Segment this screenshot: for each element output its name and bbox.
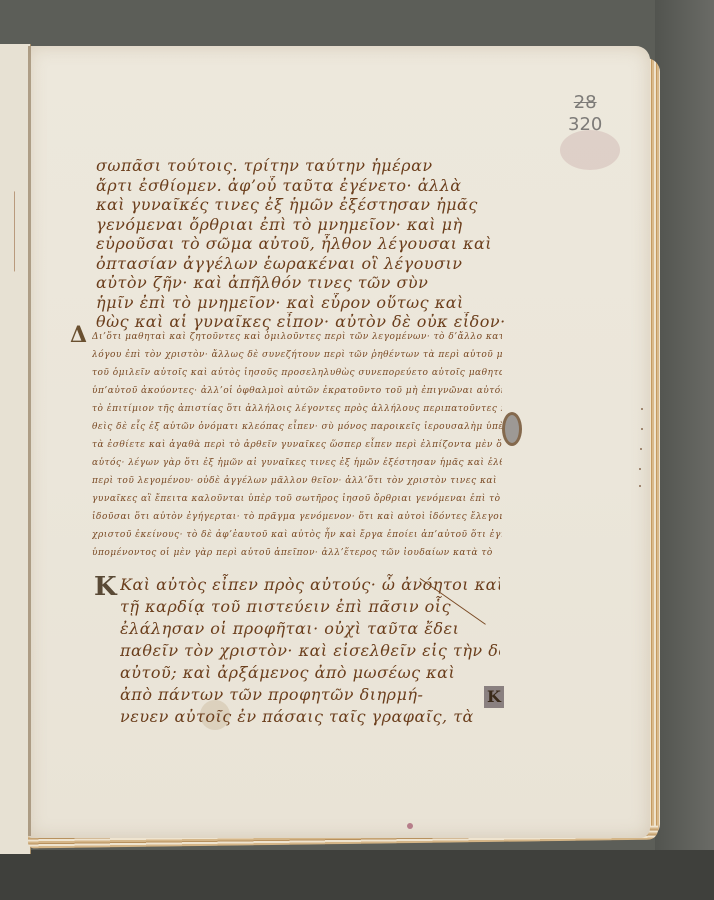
text-line: σωπᾶσι τούτοις. τρίτην ταύτην ἡμέραν: [96, 156, 506, 176]
commentary-line: τὸ ἐπιτίμιον τῆς ἀπιστίας ὅτι ἀλλήλοις λ…: [92, 400, 502, 418]
text-line: νευεν αὐτοῖς ἐν πάσαις ταῖς γραφαῖς, τὰ: [120, 706, 500, 728]
commentary-line: τοῦ ὁμιλεῖν αὐτοῖς καὶ αὐτὸς ἰησοῦς προσ…: [92, 364, 502, 382]
commentary-line: ὑπομένοντος οἱ μὲν γὰρ περὶ αὐτοῦ ἀπεῖπο…: [92, 544, 502, 562]
background-right: [655, 0, 714, 900]
text-line: αὐτὸν ζῆν· καὶ ἀπῆλθόν τινες τῶν σὺν: [96, 273, 506, 293]
pricking-hole: [641, 408, 643, 410]
binding-gutter: [28, 46, 31, 836]
folio-number: 28 320: [568, 92, 602, 136]
pricking-hole: [641, 428, 643, 430]
text-line: παθεῖν τὸν χριστὸν· καὶ εἰσελθεῖν εἰς τὴ…: [120, 640, 500, 662]
commentary-line: Δι’ὅτι μαθηταὶ καὶ ζητοῦντες καὶ ὁμιλοῦν…: [92, 328, 502, 346]
text-line: γενόμεναι ὄρθριαι ἐπὶ τὸ μνημεῖον· καὶ μ…: [96, 215, 506, 235]
background-bottom: [0, 850, 714, 900]
commentary-line: περὶ τοῦ λεγομένου· οὐδὲ ἀγγέλων μᾶλλον …: [92, 472, 502, 490]
commentary-line: ὑπ’αὐτοῦ ἀκούοντες· ἀλλ’οἱ ὀφθαλμοὶ αὐτῶ…: [92, 382, 502, 400]
text-line: ἡμῖν ἐπὶ τὸ μνημεῖον· καὶ εὗρον οὕτως κα…: [96, 293, 506, 313]
commentary-line: γυναῖκες αἳ ἔπειτα καλοῦνται ὑπὲρ τοῦ σω…: [92, 490, 502, 508]
folio-old-number: 28: [568, 92, 602, 114]
text-line: αὐτοῦ; καὶ ἀρξάμενος ἀπὸ μωσέως καὶ: [120, 662, 500, 684]
commentary-line: αὐτός· λέγων γὰρ ὅτι ἐξ ἡμῶν αἱ γυναῖκες…: [92, 454, 502, 472]
commentary-line: θεὶς δὲ εἷς ἐξ αὐτῶν ὀνόματι κλεόπας εἶπ…: [92, 418, 502, 436]
marginal-mark: [502, 412, 522, 446]
stain: [407, 823, 413, 829]
stain: [560, 130, 620, 170]
commentary-line: ἰδοῦσαι ὅτι αὐτὸν ἐγήγερται· τὸ πρᾶγμα γ…: [92, 508, 502, 526]
text-line: εὑροῦσαι τὸ σῶμα αὐτοῦ, ἦλθον λέγουσαι κ…: [96, 234, 506, 254]
upper-text-block: σωπᾶσι τούτοις. τρίτην ταύτην ἡμέραν ἄρτ…: [96, 156, 506, 332]
left-page-edge: [0, 44, 31, 854]
catchword: Κ: [484, 686, 504, 708]
text-line: Καὶ αὐτὸς εἶπεν πρὸς αὐτούς· ὦ ἀνόητοι κ…: [120, 574, 500, 596]
text-line: καὶ γυναῖκές τινες ἐξ ἡμῶν ἐξέστησαν ἡμᾶ…: [96, 195, 506, 215]
decorated-initial: Δ: [70, 322, 87, 348]
text-line: ὀπτασίαν ἀγγέλων ἑωρακέναι οἳ λέγουσιν: [96, 254, 506, 274]
lower-text-block: Καὶ αὐτὸς εἶπεν πρὸς αὐτούς· ὦ ἀνόητοι κ…: [120, 574, 500, 728]
left-page-marginalia: [0, 191, 15, 276]
commentary-text-block: Δι’ὅτι μαθηταὶ καὶ ζητοῦντες καὶ ὁμιλοῦν…: [92, 328, 502, 562]
commentary-line: λόγου ἐπὶ τὸν χριστὸν· ἄλλως δὲ συνεζήτο…: [92, 346, 502, 364]
commentary-line: χριστοῦ ἐκείνους· τὸ δὲ ἀφ’ἑαυτοῦ καὶ αὐ…: [92, 526, 502, 544]
pricking-hole: [640, 448, 642, 450]
text-line: τῇ καρδίᾳ τοῦ πιστεύειν ἐπὶ πᾶσιν οἷς: [120, 596, 500, 618]
text-line: ἄρτι ἐσθίομεν. ἀφ’οὗ ταῦτα ἐγένετο· ἀλλὰ: [96, 176, 506, 196]
pricking-hole: [639, 485, 641, 487]
commentary-line: τὰ ἐσθίετε καὶ ἀγαθὰ περὶ τὸ ἀρθεῖν γυνα…: [92, 436, 502, 454]
folio-current-number: 320: [568, 114, 602, 135]
text-line: ἐλάλησαν οἱ προφῆται· οὐχὶ ταῦτα ἔδει: [120, 618, 500, 640]
text-line: ἀπὸ πάντων τῶν προφητῶν διηρμή-: [120, 684, 500, 706]
pricking-hole: [639, 468, 641, 470]
decorated-initial: Κ: [94, 572, 117, 602]
